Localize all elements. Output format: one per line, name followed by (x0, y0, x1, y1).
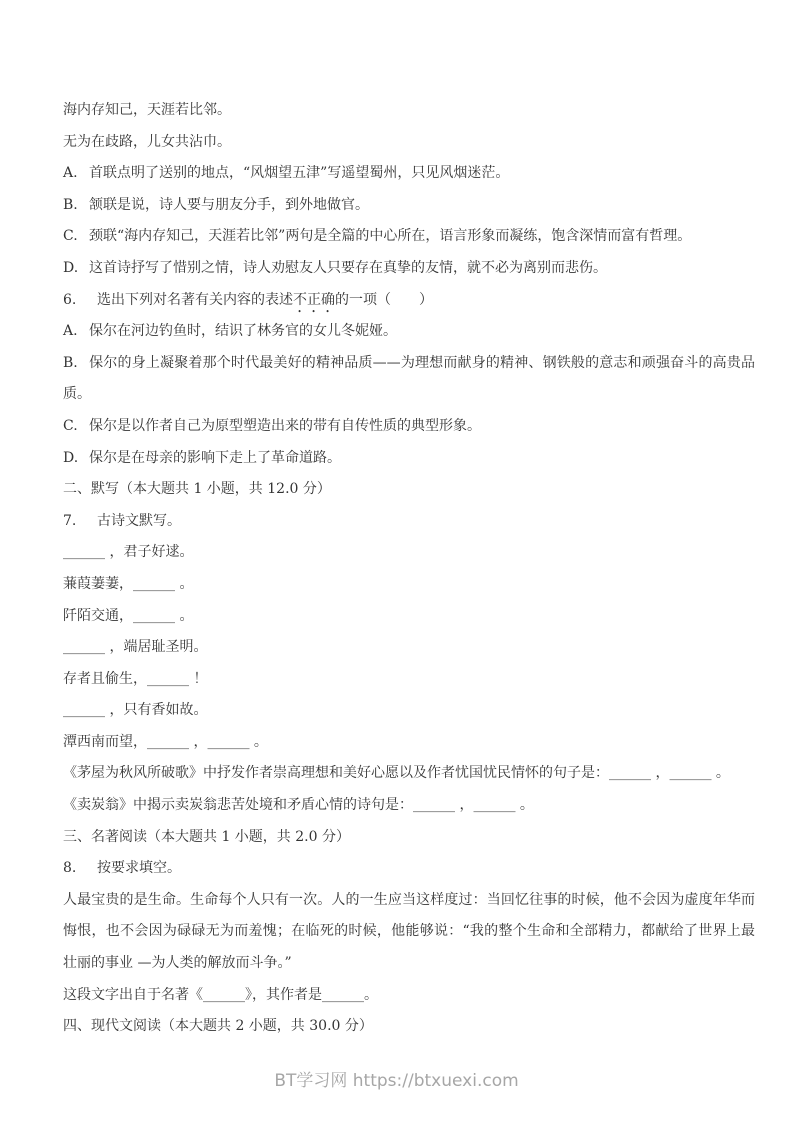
dictation-blank-line: 蒹葭萋萋，______ 。 (63, 569, 755, 601)
question-number: 8. (63, 853, 97, 885)
stem-emphasized-text: 不正确 (293, 292, 335, 308)
dictation-blank-line: 《茅屋为秋风所破歌》中抒发作者崇高理想和美好心愿以及作者忧国忧民情怀的句子是：_… (63, 758, 755, 790)
dictation-blank-line: 《卖炭翁》中揭示卖炭翁悲苦处境和矛盾心情的诗句是：______ ，______ … (63, 790, 755, 822)
poem-line: 无为在歧路，儿女共沾巾。 (63, 127, 755, 159)
question-number: 6. (63, 285, 97, 317)
option-text: 保尔是在母亲的影响下走上了革命道路。 (89, 450, 341, 466)
option-text: 颔联是说，诗人要与朋友分手，到外地做官。 (89, 197, 369, 213)
option-row-q5-d: D.这首诗抒写了惜别之情，诗人劝慰友人只要存在真挚的友情，就不必为离别而悲伤。 (63, 253, 755, 285)
option-text: 保尔是以作者自己为原型塑造出来的带有自传性质的典型形象。 (89, 418, 481, 434)
question-title: 古诗文默写。 (97, 513, 181, 529)
option-row-q6-a: A.保尔在河边钓鱼时，结识了林务官的女儿冬妮娅。 (63, 316, 755, 348)
option-text: 首联点明了送别的地点，“风烟望五津”写遥望蜀州，只见风烟迷茫。 (89, 165, 509, 181)
option-text: 保尔的身上凝聚着那个时代最美好的精神品质——为理想而献身的精神、钢铁般的意志和顽… (63, 355, 755, 403)
option-row-q5-b: B.颔联是说，诗人要与朋友分手，到外地做官。 (63, 190, 755, 222)
option-row-q6-c: C.保尔是以作者自己为原型塑造出来的带有自传性质的典型形象。 (63, 411, 755, 443)
question-8-passage: 人最宝贵的是生命。生命每个人只有一次。人的一生应当这样度过：当回忆往事的时候，他… (63, 885, 755, 980)
dictation-blank-line: ______ ，只有香如故。 (63, 695, 755, 727)
section-heading-dictation: 二、默写（本大题共 1 小题，共 12.0 分） (63, 474, 755, 506)
exam-content: 海内存知己，天涯若比邻。 无为在歧路，儿女共沾巾。 A.首联点明了送别的地点，“… (0, 0, 793, 1043)
question-number: 7. (63, 506, 97, 538)
option-label: D. (63, 443, 89, 475)
dictation-blank-line: ______ ，君子好逑。 (63, 537, 755, 569)
question-title: 按要求填空。 (97, 860, 181, 876)
option-label: A. (63, 316, 89, 348)
poem-line: 海内存知己，天涯若比邻。 (63, 95, 755, 127)
option-label: D. (63, 253, 89, 285)
stem-text: 的一项（ ） (335, 292, 433, 308)
option-label: C. (63, 411, 89, 443)
option-text: 颈联“海内存知己，天涯若比邻”两句是全篇的中心所在，语言形象而凝练，饱含深情而富… (89, 228, 691, 244)
option-row-q6-b: B.保尔的身上凝聚着那个时代最美好的精神品质——为理想而献身的精神、钢铁般的意志… (63, 348, 755, 411)
option-label: C. (63, 221, 89, 253)
section-heading-modern-reading: 四、现代文阅读（本大题共 2 小题，共 30.0 分） (63, 1011, 755, 1043)
question-6-stem: 6.选出下列对名著有关内容的表述不正确的一项（ ） (63, 285, 755, 317)
option-row-q5-c: C.颈联“海内存知己，天涯若比邻”两句是全篇的中心所在，语言形象而凝练，饱含深情… (63, 221, 755, 253)
option-label: B. (63, 348, 89, 380)
question-8-stem: 8.按要求填空。 (63, 853, 755, 885)
dictation-blank-line: ______ ，端居耻圣明。 (63, 632, 755, 664)
option-label: A. (63, 158, 89, 190)
question-8-closing: 这段文字出自于名著《______》，其作者是______。 (63, 980, 755, 1012)
section-heading-classic-reading: 三、名著阅读（本大题共 1 小题，共 2.0 分） (63, 822, 755, 854)
option-row-q6-d: D.保尔是在母亲的影响下走上了革命道路。 (63, 443, 755, 475)
option-text: 保尔在河边钓鱼时，结识了林务官的女儿冬妮娅。 (89, 323, 397, 339)
option-row-q5-a: A.首联点明了送别的地点，“风烟望五津”写遥望蜀州，只见风烟迷茫。 (63, 158, 755, 190)
question-7-stem: 7.古诗文默写。 (63, 506, 755, 538)
dictation-blank-line: 潭西南而望，______ ，______ 。 (63, 727, 755, 759)
option-text: 这首诗抒写了惜别之情，诗人劝慰友人只要存在真挚的友情，就不必为离别而悲伤。 (89, 260, 607, 276)
option-label: B. (63, 190, 89, 222)
exam-paper-page: 海内存知己，天涯若比邻。 无为在歧路，儿女共沾巾。 A.首联点明了送别的地点，“… (0, 0, 793, 1122)
stem-text: 选出下列对名著有关内容的表述 (97, 292, 293, 308)
dictation-blank-line: 阡陌交通，______ 。 (63, 601, 755, 633)
watermark-footer: BT学习网 https://btxuexi.com (0, 1066, 793, 1091)
dictation-blank-line: 存者且偷生，______ ！ (63, 664, 755, 696)
